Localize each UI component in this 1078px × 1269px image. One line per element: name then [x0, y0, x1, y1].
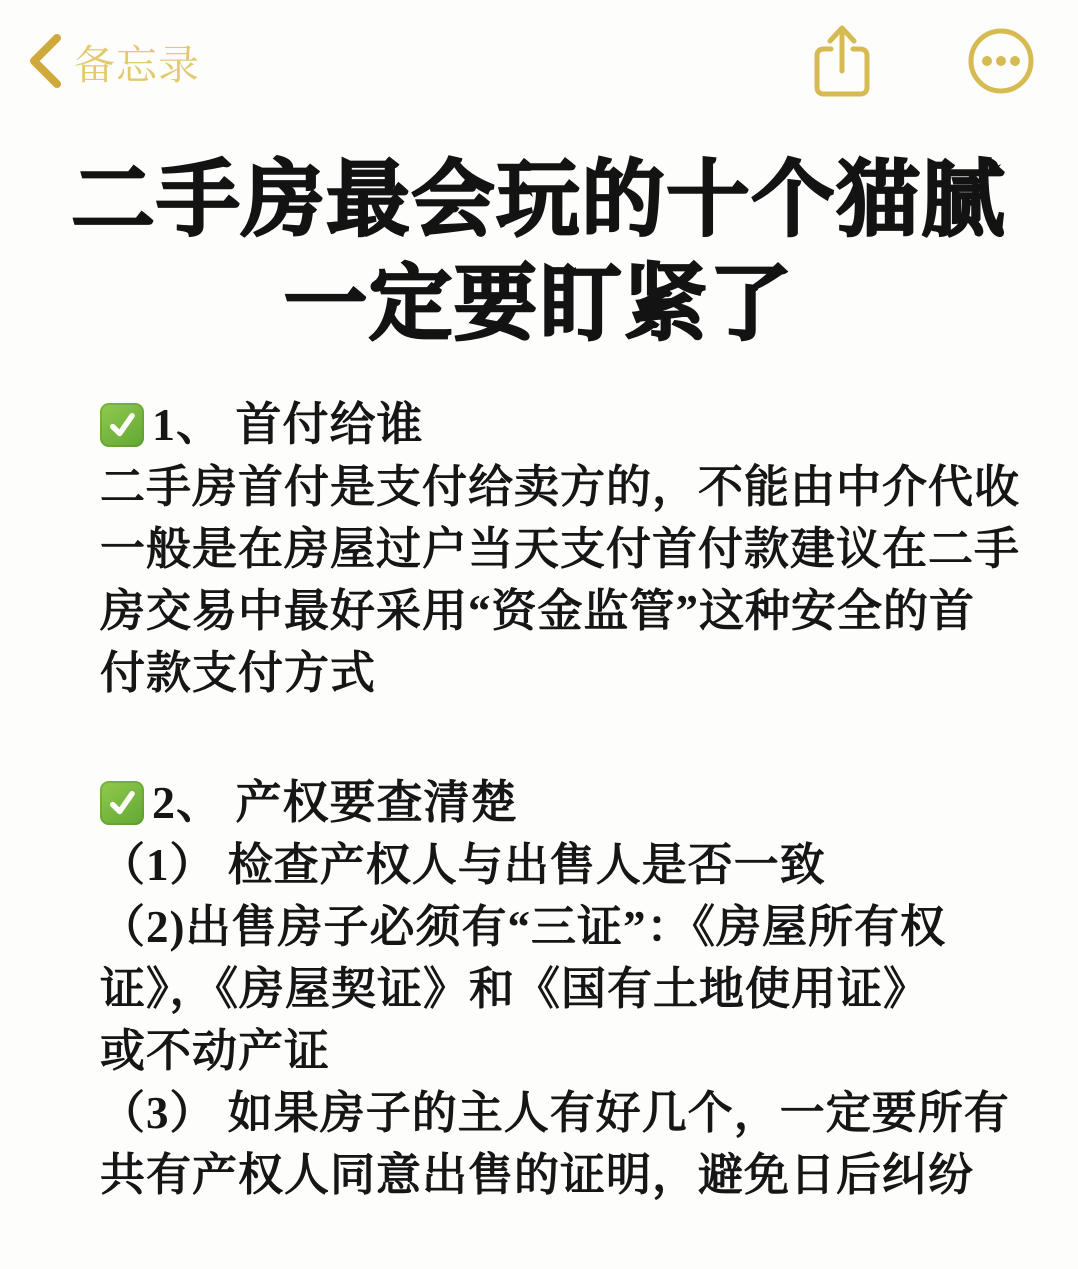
nav-actions	[812, 23, 1036, 99]
note-title: 二手房最会玩的十个猫腻 一定要盯紧了	[0, 148, 1078, 356]
note-text-line: 证》，《房屋契证》和《国有土地使用证》	[100, 958, 1000, 1020]
note-title-line-1: 二手房最会玩的十个猫腻	[0, 148, 1078, 252]
section-2-heading-text: 2、 产权要查清楚	[152, 772, 518, 834]
share-icon	[812, 23, 872, 99]
note-text-line: （3） 如果房子的主人有好几个，一定要所有	[100, 1082, 1000, 1144]
note-text-line: 二手房首付是支付给卖方的，不能由中介代收	[100, 456, 1000, 518]
share-button[interactable]	[812, 23, 872, 99]
check-emoji-icon	[100, 781, 144, 825]
section-1-heading: 1、 首付给谁	[100, 394, 1000, 456]
check-emoji-icon	[100, 403, 144, 447]
note-text-line: 共有产权人同意出售的证明，避免日后纠纷	[100, 1144, 1000, 1206]
note-text-line: 一般是在房屋过户当天支付首付款建议在二手	[100, 518, 1000, 580]
note-text-line: 或不动产证	[100, 1020, 1000, 1082]
nav-bar: 备忘录	[0, 0, 1078, 112]
note-text-line: （1） 检查产权人与出售人是否一致	[100, 834, 1000, 896]
note-title-line-2: 一定要盯紧了	[0, 252, 1078, 356]
chevron-left-icon	[28, 34, 62, 88]
note-text-line: 付款支付方式	[100, 642, 1000, 704]
section-1-heading-text: 1、 首付给谁	[152, 394, 424, 456]
back-button-label: 备忘录	[74, 32, 200, 91]
note-text-line: （2)出售房子必须有“三证”：《房屋所有权	[100, 896, 1000, 958]
more-button[interactable]	[966, 26, 1036, 96]
note-text-line: 房交易中最好采用“资金监管”这种安全的首	[100, 580, 1000, 642]
note-body[interactable]: 1、 首付给谁 二手房首付是支付给卖方的，不能由中介代收 一般是在房屋过户当天支…	[0, 394, 1078, 1206]
notes-app-page: 备忘录	[0, 0, 1078, 1269]
ellipsis-circle-icon	[966, 26, 1036, 96]
back-button[interactable]: 备忘录	[28, 32, 200, 91]
section-2-heading: 2、 产权要查清楚	[100, 772, 1000, 834]
